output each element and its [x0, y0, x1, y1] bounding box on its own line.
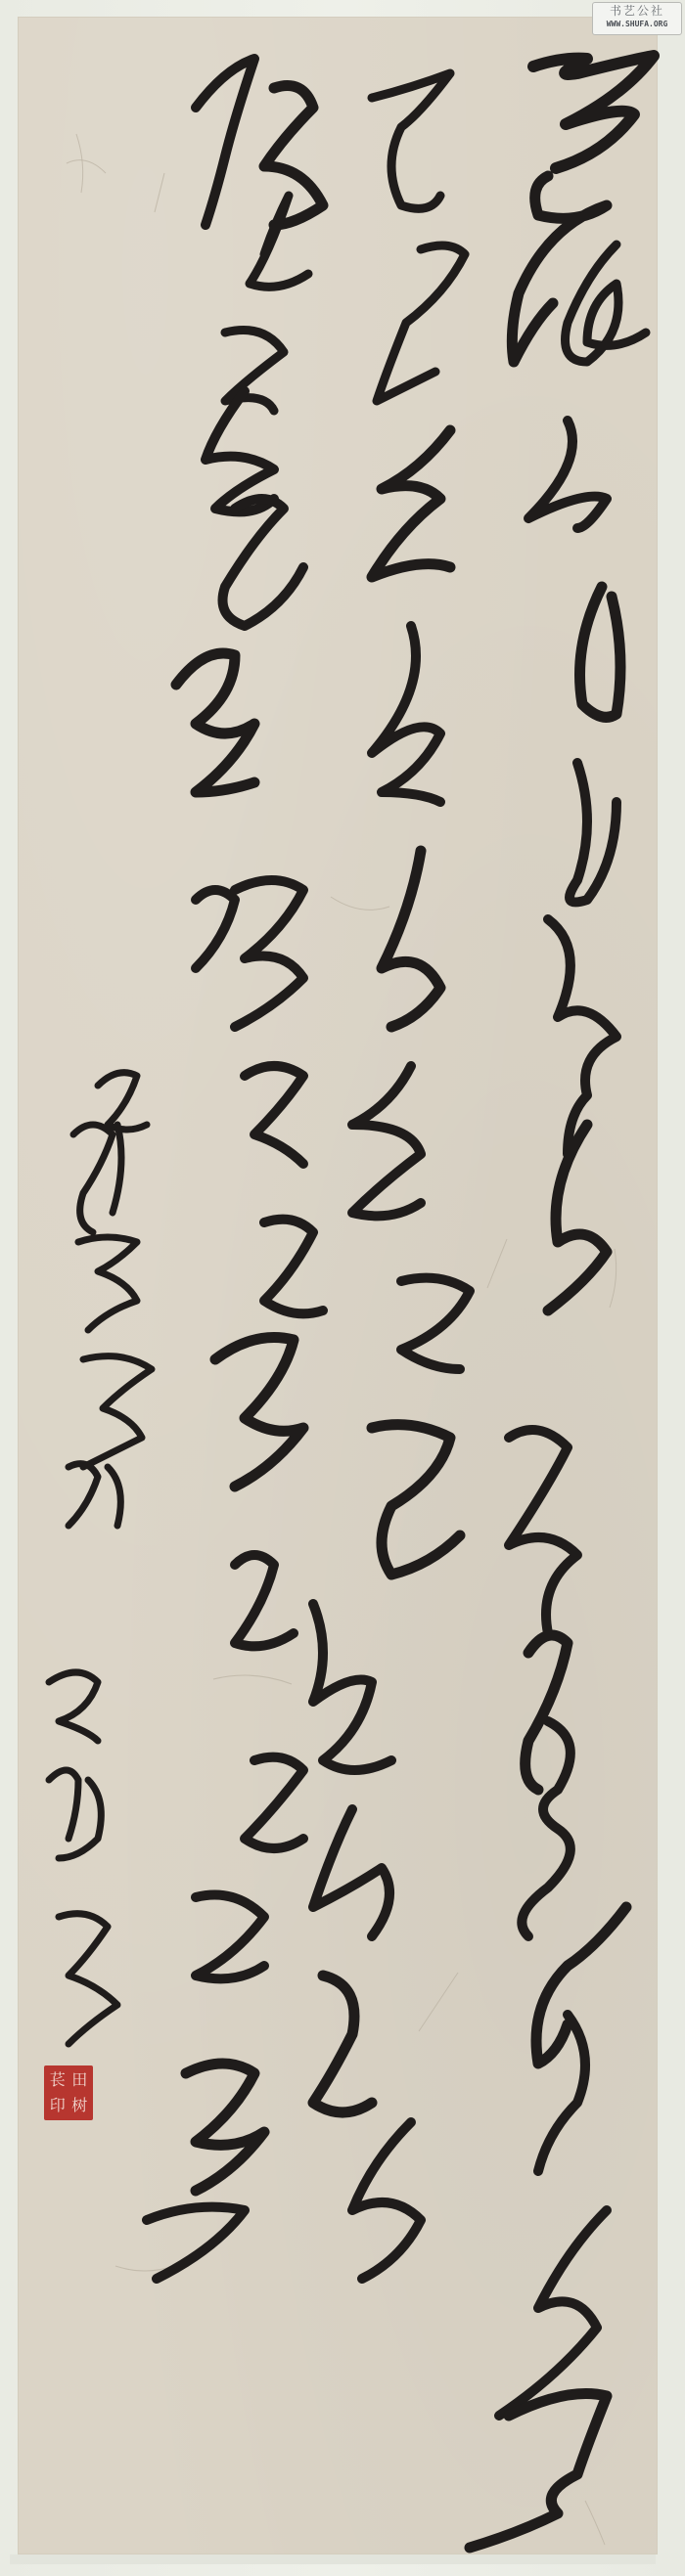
watermark-badge[interactable]: 书艺公社 WWW.SHUFA.ORG: [592, 2, 682, 35]
watermark-url: WWW.SHUFA.ORG: [593, 19, 681, 30]
column-5-strokes: [49, 1073, 152, 2044]
column-4-strokes: [147, 880, 323, 2279]
seal-char: 树: [69, 2094, 91, 2118]
column-1-strokes: [470, 56, 654, 2548]
seal-char: 印: [47, 2094, 68, 2118]
seal-char: 苌: [47, 2068, 68, 2093]
seal-char: 田: [69, 2068, 91, 2093]
calligraphy-strokes: [0, 0, 685, 2576]
column-2-strokes: [313, 73, 470, 2279]
artist-seal: 苌 田 印 树: [44, 2065, 93, 2120]
watermark-name: 书艺公社: [593, 3, 681, 19]
column-3-strokes: [176, 59, 323, 968]
